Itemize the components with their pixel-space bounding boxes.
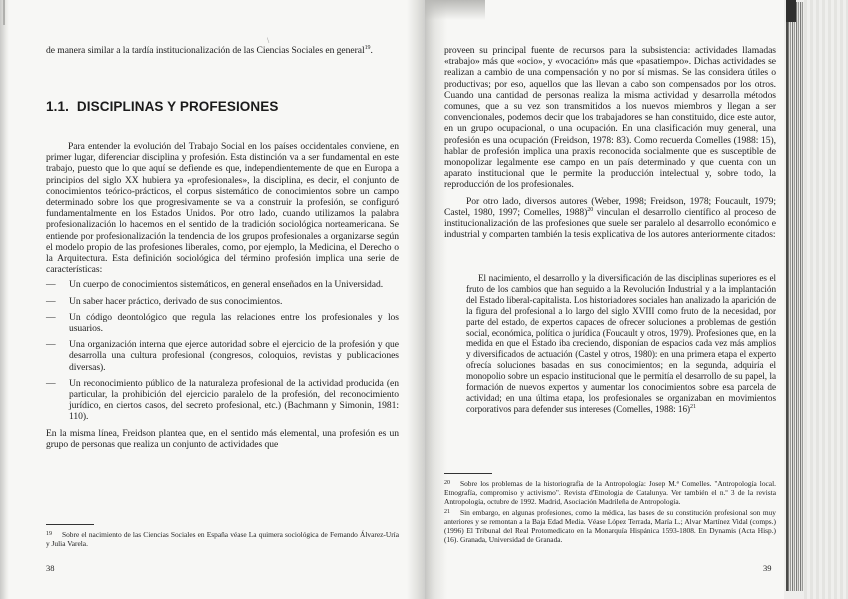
gutter-top-shadow bbox=[425, 0, 485, 20]
footnote-divider bbox=[444, 473, 492, 474]
left-footnotes: 19Sobre el nacimiento de las Ciencias So… bbox=[46, 530, 399, 550]
scan-mark: \ bbox=[267, 36, 269, 45]
paragraph-disciplinas: Para entender la evolución del Trabajo S… bbox=[46, 141, 399, 275]
page-number-right: 39 bbox=[763, 563, 772, 573]
dash-bullet: — bbox=[46, 279, 56, 290]
dash-bullet: — bbox=[46, 378, 56, 389]
block-quote: El nacimiento, el desarrollo y la divers… bbox=[466, 273, 776, 415]
left-page-edge bbox=[0, 0, 9, 599]
dash-bullet: — bbox=[46, 339, 56, 350]
section-title: DISCIPLINAS Y PROFESIONES bbox=[77, 99, 279, 114]
footnote-ref-21[interactable]: 21 bbox=[690, 404, 696, 410]
footnote-19: 19Sobre el nacimiento de las Ciencias So… bbox=[46, 530, 399, 548]
list-item: —Un saber hacer práctico, derivado de su… bbox=[46, 296, 399, 307]
list-item: —Un reconocimiento público de la natural… bbox=[46, 378, 399, 423]
left-body: Para entender la evolución del Trabajo S… bbox=[46, 141, 399, 450]
paragraph-freidson: En la misma línea, Freidson plantea que,… bbox=[46, 428, 399, 450]
page-number-left: 38 bbox=[46, 563, 55, 573]
footnote-21: 21Sin embargo, en algunas profesiones, c… bbox=[444, 508, 776, 544]
dash-bullet: — bbox=[46, 296, 56, 307]
section-number: 1.1. bbox=[46, 99, 69, 114]
list-item: —Un código deontológico que regula las r… bbox=[46, 312, 399, 334]
characteristics-list: —Un cuerpo de conocimientos sistemáticos… bbox=[46, 279, 399, 422]
paragraph-subsistencia: proveen su principal fuente de recursos … bbox=[444, 45, 776, 191]
left-opening-text: de manera similar a la tardía institucio… bbox=[46, 45, 399, 56]
dash-bullet: — bbox=[46, 312, 56, 323]
footnote-20: 20Sobre los problemas de la historiograf… bbox=[444, 479, 776, 506]
book-spread: \ de manera similar a la tardía instituc… bbox=[0, 0, 848, 599]
paragraph-diversos-autores: Por otro lado, diversos autores (Weber, … bbox=[444, 196, 776, 241]
right-footnotes: 20Sobre los problemas de la historiograf… bbox=[444, 479, 776, 546]
list-item: —Una organización interna que ejerce aut… bbox=[46, 339, 399, 373]
right-body: proveen su principal fuente de recursos … bbox=[444, 45, 776, 240]
binding-gutter-shadow bbox=[407, 0, 425, 599]
left-page: \ de manera similar a la tardía instituc… bbox=[0, 0, 425, 599]
right-page: proveen su principal fuente de recursos … bbox=[425, 0, 848, 599]
section-heading: 1.1.DISCIPLINAS Y PROFESIONES bbox=[46, 99, 278, 114]
page-stack-edge bbox=[784, 0, 848, 599]
list-item: —Un cuerpo de conocimientos sistemáticos… bbox=[46, 279, 399, 290]
footnote-divider bbox=[46, 524, 94, 525]
